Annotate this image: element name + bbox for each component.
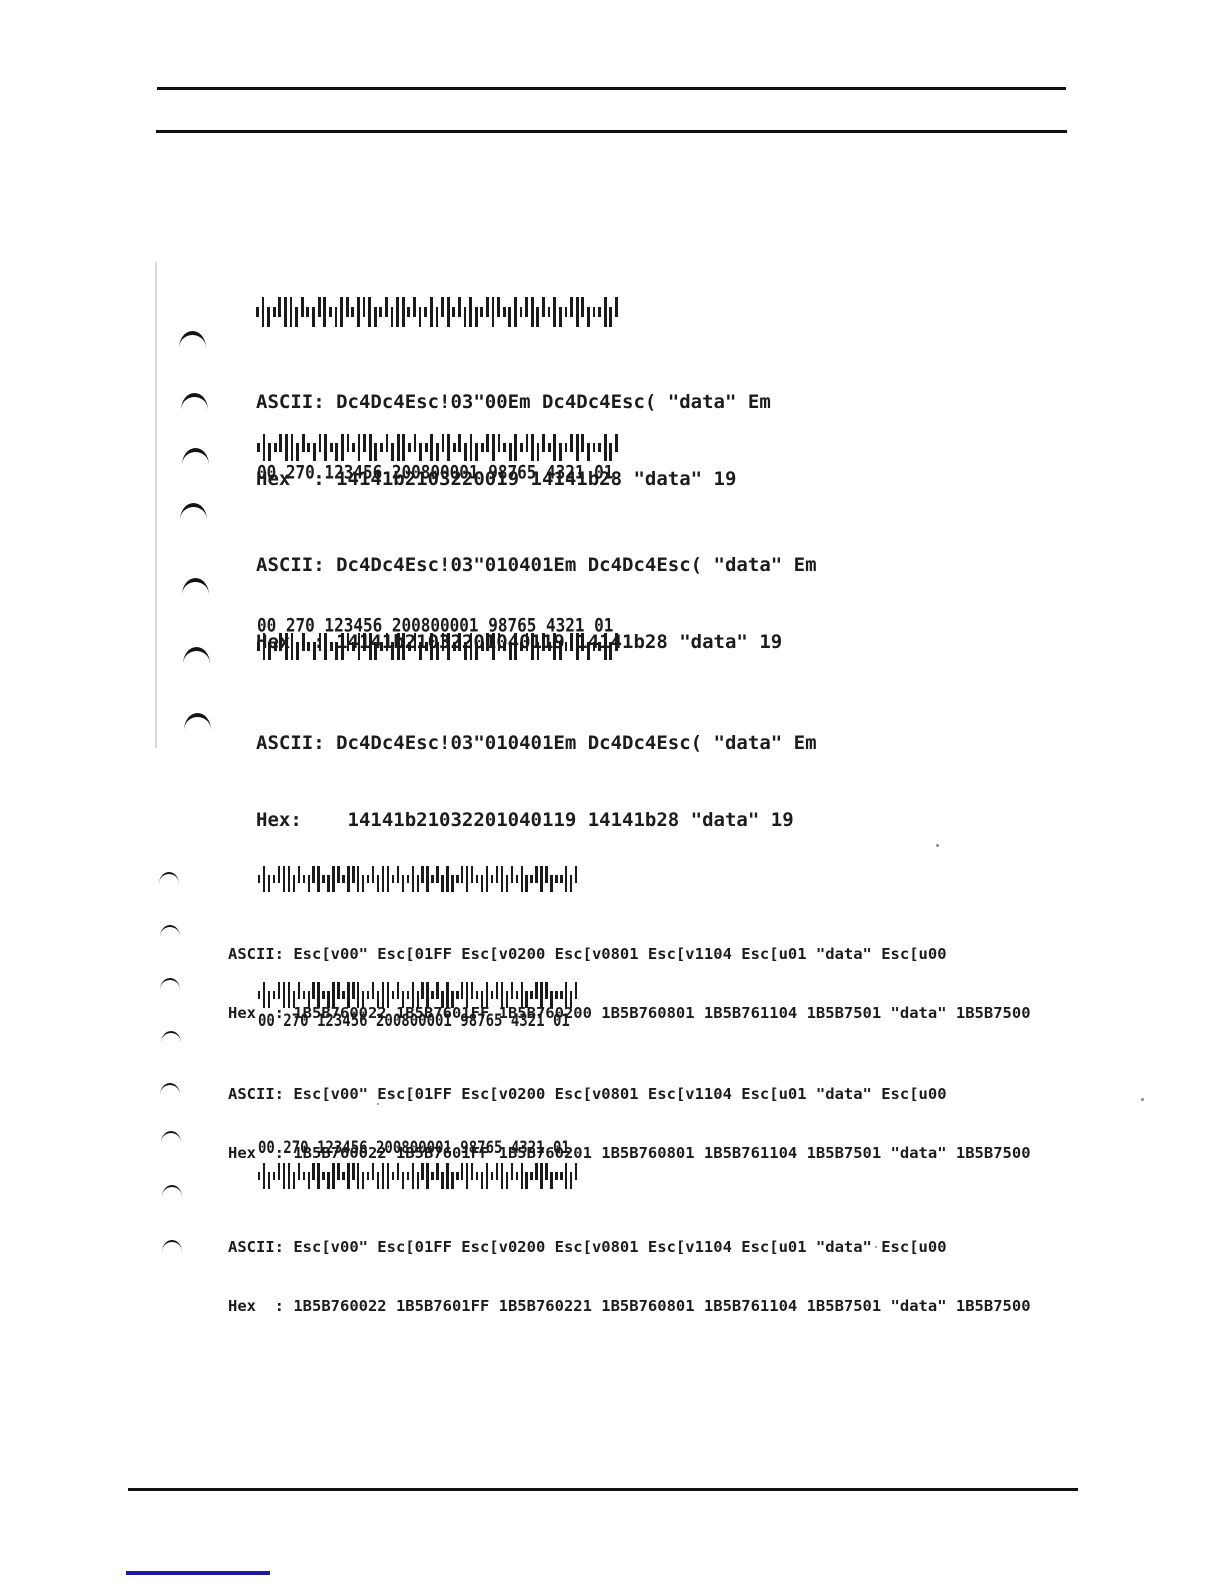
ascii-line: ASCII: Dc4Dc4Esc!03"00Em Dc4Dc4Esc( "dat… xyxy=(256,390,771,416)
postal-barcode xyxy=(258,1163,578,1189)
margin-mark xyxy=(162,1185,182,1197)
ascii-line: ASCII: Esc[v00" Esc[01FF Esc[v0200 Esc[v… xyxy=(228,1085,1031,1105)
ascii-line: ASCII: Esc[v00" Esc[01FF Esc[v0200 Esc[v… xyxy=(228,945,1031,965)
margin-mark xyxy=(160,978,180,990)
barcode-number-line: 00 270 123456 200800001 98765 4321 01 xyxy=(257,461,613,483)
margin-mark xyxy=(182,448,209,465)
postal-barcode xyxy=(257,633,618,660)
margin-mark xyxy=(160,1083,180,1095)
margin-mark xyxy=(162,1240,182,1252)
footer-link-underline[interactable] xyxy=(126,1571,270,1575)
postal-barcode xyxy=(258,982,578,1008)
scan-speck xyxy=(875,1246,877,1248)
ascii-line: ASCII: Dc4Dc4Esc!03"010401Em Dc4Dc4Esc( … xyxy=(256,731,817,757)
code-listing: ASCII: Dc4Dc4Esc!03"010401Em Dc4Dc4Esc( … xyxy=(256,502,817,706)
hex-line: Hex : 1B5B760022 1B5B7601FF 1B5B760221 1… xyxy=(228,1297,1031,1317)
ascii-line: ASCII: Esc[v00" Esc[01FF Esc[v0200 Esc[v… xyxy=(228,1238,1031,1258)
scanned-manual-page: ASCII: Dc4Dc4Esc!03"00Em Dc4Dc4Esc( "dat… xyxy=(0,0,1224,1584)
margin-mark xyxy=(159,872,179,884)
barcode-number-line: 00 270 123456 200800001 98765 4321 01 xyxy=(258,1139,570,1158)
margin-mark xyxy=(183,647,210,664)
code-listing: ASCII: Esc[v00" Esc[01FF Esc[v0200 Esc[v… xyxy=(228,1199,1031,1355)
scan-edge-line xyxy=(155,262,157,748)
scan-speck xyxy=(936,844,939,847)
postal-barcode xyxy=(258,866,578,892)
margin-mark xyxy=(180,503,207,520)
ascii-line: ASCII: Dc4Dc4Esc!03"010401Em Dc4Dc4Esc( … xyxy=(256,553,817,579)
scan-speck xyxy=(1141,1098,1144,1101)
margin-mark xyxy=(160,925,180,937)
margin-mark xyxy=(161,1131,181,1143)
code-listing: ASCII: Dc4Dc4Esc!03"010401Em Dc4Dc4Esc( … xyxy=(256,680,817,884)
postal-barcode xyxy=(256,297,618,327)
header-rule-bottom xyxy=(156,130,1067,133)
margin-mark xyxy=(181,393,208,410)
margin-mark xyxy=(179,331,206,348)
scan-speck xyxy=(377,1103,379,1105)
margin-mark xyxy=(184,713,211,730)
margin-mark xyxy=(182,578,209,595)
header-rule-top xyxy=(157,87,1066,90)
margin-mark xyxy=(161,1031,181,1043)
postal-barcode xyxy=(257,434,618,461)
footer-rule xyxy=(128,1488,1078,1491)
hex-line: Hex: 14141b21032201040119 14141b28 "data… xyxy=(256,808,817,834)
barcode-number-line: 00 270 123456 200800001 98765 4321 01 xyxy=(258,1012,570,1031)
